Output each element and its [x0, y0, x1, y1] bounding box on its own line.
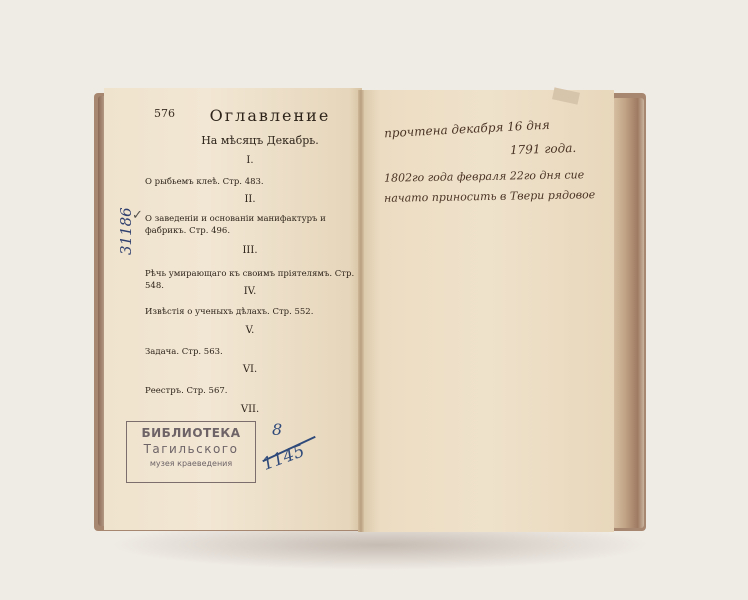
- stamp-line: БИБЛИОТЕКА: [127, 426, 255, 440]
- section-numeral: II.: [150, 194, 350, 205]
- right-page-edges: [612, 98, 644, 528]
- stamp-line: музея краеведения: [127, 459, 255, 468]
- book-gutter: [358, 90, 364, 532]
- inventory-number-top: 8: [272, 420, 282, 439]
- section-numeral: IV.: [150, 286, 350, 297]
- section-numeral: VII.: [150, 404, 350, 415]
- section-numeral: V.: [150, 325, 350, 336]
- page-number: 576: [154, 107, 175, 120]
- library-stamp: БИБЛИОТЕКА Тагильского музея краеведения: [126, 421, 256, 483]
- shelf-mark: 31186: [117, 207, 135, 255]
- section-numeral: III.: [150, 245, 350, 256]
- section-numeral: I.: [150, 155, 350, 166]
- handwritten-line: 1791 года.: [510, 141, 577, 157]
- toc-entry: Задача. Стр. 563.: [145, 346, 355, 358]
- toc-entry: Реестръ. Стр. 567.: [145, 385, 355, 397]
- right-page: [360, 90, 614, 532]
- page-subtitle: На мѣсяцъ Декабрь.: [160, 134, 360, 147]
- page-title: Оглавление: [180, 106, 360, 125]
- toc-entry: О рыбьемъ клеѣ. Стр. 483.: [145, 176, 355, 188]
- stamp-line: Тагильского: [127, 442, 255, 456]
- toc-entry: Извѣстiя о ученыхъ дѣлахъ. Стр. 552.: [145, 306, 355, 318]
- section-numeral: VI.: [150, 364, 350, 375]
- toc-entry: О заведенiи и основанiи манифактуръ и фа…: [145, 213, 355, 237]
